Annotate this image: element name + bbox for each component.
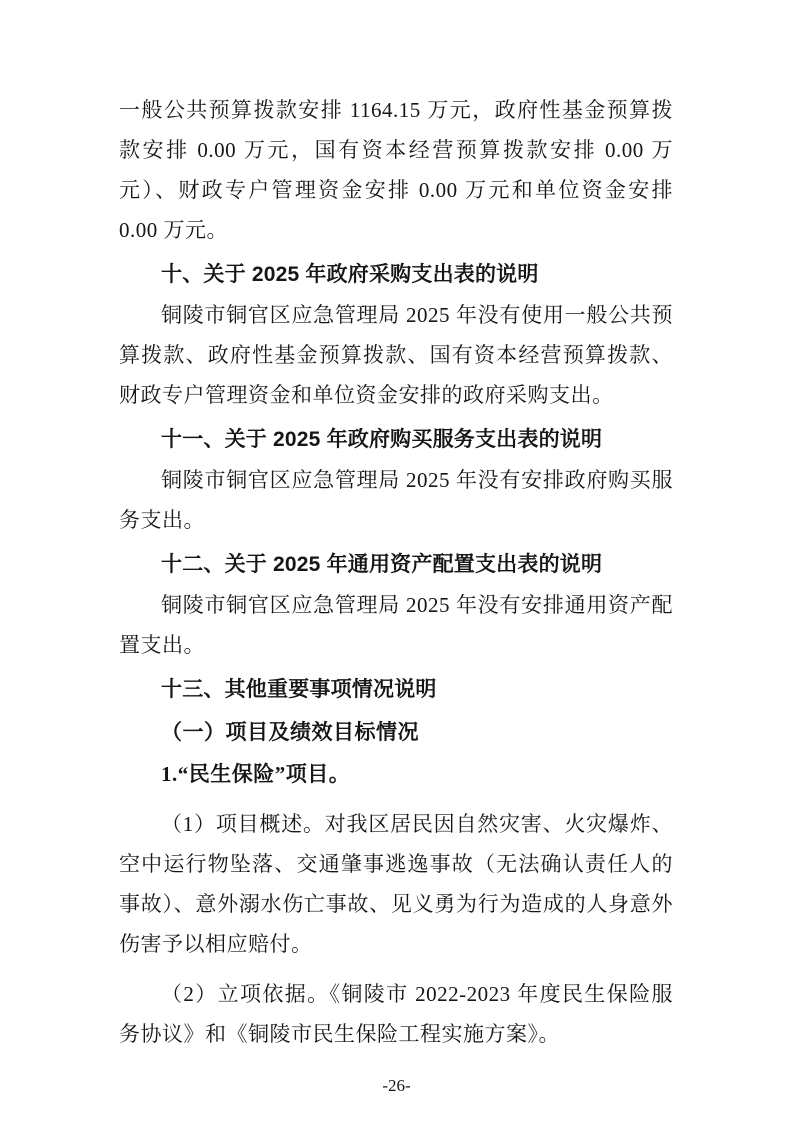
heading-section-13-other-important-matters: 十三、其他重要事项情况说明 [119,670,673,710]
heading-section-12-asset-allocation: 十二、关于 2025 年通用资产配置支出表的说明 [119,545,673,585]
subheading-minsheng-insurance-project: 1.“民生保险”项目。 [119,754,673,794]
heading-section-10-government-procurement: 十、关于 2025 年政府采购支出表的说明 [119,255,673,295]
paragraph-section-12-body: 铜陵市铜官区应急管理局 2025 年没有安排通用资产配置支出。 [119,585,673,665]
paragraph-section-11-body: 铜陵市铜官区应急管理局 2025 年没有安排政府购买服务支出。 [119,460,673,540]
paragraph-budget-allocation-continuation: 一般公共预算拨款安排 1164.15 万元，政府性基金预算拨款安排 0.00 万… [119,90,673,250]
page-number: -26- [0,1076,793,1096]
subheading-project-performance-goals: （一）项目及绩效目标情况 [119,712,673,752]
document-body: 一般公共预算拨款安排 1164.15 万元，政府性基金预算拨款安排 0.00 万… [119,90,673,1054]
document-page: 一般公共预算拨款安排 1164.15 万元，政府性基金预算拨款安排 0.00 万… [0,0,793,1122]
paragraph-project-overview: （1）项目概述。对我区居民因自然灾害、火灾爆炸、空中运行物坠落、交通肇事逃逸事故… [119,804,673,964]
paragraph-project-basis: （2）立项依据。《铜陵市 2022-2023 年度民生保险服务协议》和《铜陵市民… [119,974,673,1054]
paragraph-section-10-body: 铜陵市铜官区应急管理局 2025 年没有使用一般公共预算拨款、政府性基金预算拨款… [119,295,673,415]
heading-section-11-purchased-services: 十一、关于 2025 年政府购买服务支出表的说明 [119,420,673,460]
